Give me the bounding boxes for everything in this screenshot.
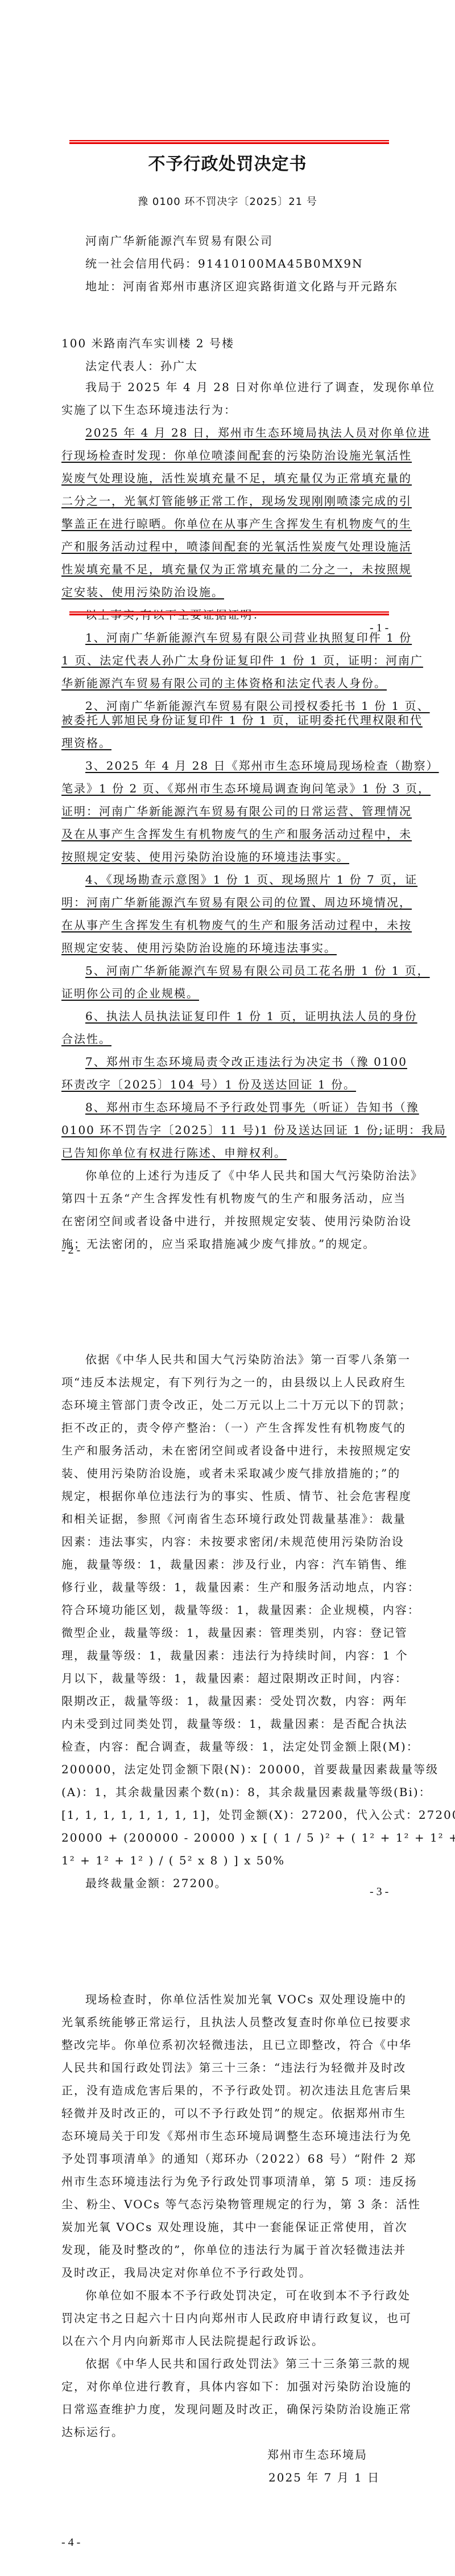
- body-line: 5、河南广华新能源汽车贸易有限公司员工花名册 1 份 1 页，: [85, 959, 430, 982]
- body-line: 整改完毕。你单位系初次轻微违法，且已立即整改，符合《中华: [61, 2033, 412, 2056]
- body-line: 定安装、使用污染防治设施。: [61, 581, 224, 603]
- body-line: 在密闭空间或者设备中进行，并按照规定安装、使用污染防治设: [61, 1210, 412, 1232]
- body-line: 擎盖正在进行晾晒。你单位在从事产生含挥发生有机物废气的生: [61, 512, 412, 535]
- header-red-rule: [69, 140, 389, 144]
- underlined-text: 炭废气处理设施，活性炭填充量不足，填充量仅为正常填充量的: [61, 471, 412, 485]
- text: 整改完毕。你单位系初次轻微违法，且已立即整改，符合《中华: [61, 2038, 412, 2052]
- underlined-text: 定安装、使用污染防治设施。: [61, 585, 224, 599]
- body-line: 你单位的上述行为违反了《中华人民共和国大气污染防治法》: [85, 1164, 423, 1187]
- text: 月以下，裁量等级：1，裁量因素：超过限期改正时间，内容：: [61, 1671, 408, 1685]
- underlined-text: 被委托人郭旭民身份证复印件 1 份 1 页，证明委托代理权限和代: [61, 713, 423, 727]
- underlined-text: 5、河南广华新能源汽车贸易有限公司员工花名册 1 份 1 页，: [85, 964, 430, 977]
- body-line: 你单位如不服本不予行政处罚决定，可在收到本不予行政处: [85, 2284, 411, 2307]
- text: 第四十五条“产生含挥发性有机物废气的生产和服务活动，应当: [61, 1192, 406, 1205]
- text: 定，对你单位进行教育，具体内容如下：加强对污染防治设施的: [61, 2380, 412, 2393]
- body-line: 第四十五条“产生含挥发性有机物废气的生产和服务活动，应当: [61, 1187, 406, 1210]
- body-line: 照规定安装、使用污染防治设施的环境违法事实。: [61, 936, 337, 959]
- body-line: 达标运行。: [61, 2421, 124, 2443]
- underlined-text: 已告知你单位有权进行陈述、申辩权利。: [61, 1146, 287, 1160]
- underlined-text: 1、河南广华新能源汽车贸易有限公司营业执照复印件 1 份: [85, 631, 412, 644]
- text: 尘、粉尘、VOCs 等气态污染物管理规定的行为，第 3 条：活性: [61, 2197, 421, 2211]
- text: 检查，内容：配合调查，裁量等级：1，法定处罚金额上限(M)：: [61, 1740, 419, 1753]
- body-line: 华新能源汽车贸易有限公司的主体资格和法定代表人身份。: [61, 672, 387, 695]
- text: 态环境局关于印发《郑州市生态环境局调整生态环境违法行为免: [61, 2129, 412, 2143]
- text: 我局于 2025 年 4 月 28 日对你单位进行了调查，发现你单位: [85, 380, 435, 394]
- body-line: 予处罚事项清单》的通知（郑环办（2022）68 号）“附件 2 郑: [61, 2147, 416, 2170]
- underlined-text: 按照规定安装、使用污染防治设施的环境违法事实。: [61, 850, 349, 864]
- underlined-text: 证明你公司的企业规模。: [61, 987, 199, 1000]
- text: 项“违反本法规定，有下列行为之一的，由县级以上人民政府生: [61, 1375, 406, 1389]
- body-line: 依据《中华人民共和国行政处罚法》第三十三条第三款的规: [85, 2352, 411, 2375]
- underlined-text: 证明：河南广华新能源汽车贸易有限公司的日常运营、管理情况: [61, 804, 412, 818]
- text: 在密闭空间或者设备中进行，并按照规定安装、使用污染防治设: [61, 1214, 412, 1228]
- text: 理，裁量等级：1，裁量因素：违法行为持续时间，内容：1 个: [61, 1649, 408, 1662]
- body-line: 及在从事产生含挥发生有机物废气的生产和服务活动过程中，未: [61, 823, 412, 845]
- text: 你单位如不服本不予行政处罚决定，可在收到本不予行政处: [85, 2289, 411, 2302]
- body-line: 合法性。: [61, 1028, 111, 1050]
- text: 罚决定书之日起六十日内向郑州市人民政府申请行政复议，也可: [61, 2311, 412, 2325]
- body-line: 以在六个月内向新郑市人民法院提起行政诉讼。: [61, 2330, 324, 2352]
- body-line: 态环境主管部门责令改正，处二万元以上二十万元以下的罚款；: [61, 1394, 412, 1416]
- body-line: 笔录》1 份 2 页、《郑州市生态环境局调查询问笔录》1 份 3 页，: [61, 777, 431, 800]
- body-line: 州市生态环境违法行为免予行政处罚事项清单，第 5 项：违反扬: [61, 2170, 417, 2193]
- body-line: 规定，根据你单位违法行为的事实、性质、情节、社会危害程度: [61, 1485, 412, 1507]
- underlined-text: 7、郑州市生态环境局责令改正违法行为决定书（豫 0100: [85, 1055, 407, 1069]
- text: 人民共和国行政处罚法》第三十三条：“违法行为轻微并及时改: [61, 2061, 406, 2074]
- body-line: 日常巡查维护力度，发现问题及时改正，确保污染防治设施正常: [61, 2398, 412, 2421]
- text: 达标运行。: [61, 2425, 124, 2439]
- text: 发现，能及时整改的”，你单位的违法行为属于首次轻微违法并: [61, 2243, 406, 2257]
- address-line-2: 100 米路南汽车实训楼 2 号楼: [61, 332, 234, 355]
- text: 现场检查时，你单位活性炭加光氧 VOCs 双处理设施中的: [85, 1992, 407, 2006]
- underlined-text: 理资格。: [61, 736, 111, 750]
- credit-code: 统一社会信用代码：91410100MA45B0MX9N: [85, 252, 363, 275]
- body-line: 因素：违法事实，内容：未按要求密闭/未规范使用污染防治设: [61, 1530, 404, 1553]
- body-line: 人民共和国行政处罚法》第三十三条：“违法行为轻微并及时改: [61, 2056, 406, 2079]
- signing-authority: 郑州市生态环境局: [267, 2446, 367, 2462]
- page-number-2: - 2 -: [61, 1244, 80, 1257]
- body-line: 修行业，裁量等级：1，裁量因素：生产和服务活动地点，内容：: [61, 1576, 420, 1599]
- underlined-text: 0100 环不罚告字〔2025〕11 号)1 份及送达回证 1 份;证明：我局: [61, 1123, 446, 1137]
- text: 因素：违法事实，内容：未按要求密闭/未规范使用污染防治设: [61, 1535, 404, 1548]
- body-line: 内未受到过同类处罚，裁量等级：1，裁量因素：是否配合执法: [61, 1712, 408, 1735]
- body-line: 符合环境功能区划，裁量等级：1，裁量因素：企业规模，内容：: [61, 1599, 420, 1621]
- underlined-text: 合法性。: [61, 1032, 111, 1046]
- underlined-text: 产和服务活动过程中，喷漆间配套的光氧活性炭废气处理设施活: [61, 540, 412, 553]
- address-line-1: 地址：河南省郑州市惠济区迎宾路街道文化路与开元路东: [85, 275, 398, 298]
- text: 予处罚事项清单》的通知（郑环办（2022）68 号）“附件 2 郑: [61, 2152, 416, 2166]
- body-line: 态环境局关于印发《郑州市生态环境局调整生态环境违法行为免: [61, 2125, 412, 2147]
- text: 依据《中华人民共和国大气污染防治法》第一百零八条第一: [85, 1353, 411, 1366]
- body-line: 8、郑州市生态环境局不予行政处罚事先（听证）告知书（豫: [85, 1096, 419, 1119]
- body-line: 证明你公司的企业规模。: [61, 982, 199, 1005]
- body-line: 最终裁量金额：27200。: [85, 1872, 227, 1895]
- text: 1² + 1² + 1² ) / ( 5² x 8 ) ] x 50%: [61, 1854, 285, 1867]
- page-number-4: - 4 -: [61, 2536, 80, 2549]
- text: 以在六个月内向新郑市人民法院提起行政诉讼。: [61, 2334, 324, 2348]
- underlined-text: 行现场检查时发现：你单位喷漆间配套的污染防治设施光氧活性: [61, 449, 412, 462]
- text: 及时改正，我局决定对你单位不予行政处罚。: [61, 2266, 312, 2279]
- underlined-text: 华新能源汽车贸易有限公司的主体资格和法定代表人身份。: [61, 676, 387, 690]
- body-line: 装、使用污染防治设施，或者未采取减少废气排放措施的；”的: [61, 1462, 400, 1485]
- text: 200000，法定处罚金额下限(N)：20000，首要裁量因素裁量等级: [61, 1762, 439, 1776]
- legal-representative: 法定代表人：孙广太: [85, 355, 198, 377]
- text: 最终裁量金额：27200。: [85, 1876, 227, 1890]
- body-line: 罚决定书之日起六十日内向郑州市人民政府申请行政复议，也可: [61, 2307, 412, 2330]
- text: 生产和服务活动，未在密闭空间或者设备中进行，未按照规定安: [61, 1444, 412, 1457]
- body-line: 证明：河南广华新能源汽车贸易有限公司的日常运营、管理情况: [61, 800, 412, 823]
- body-line: 微型企业，裁量等级：1，裁量因素：管理类别，内容：登记管: [61, 1621, 408, 1644]
- page-number-3: - 3 -: [370, 1885, 388, 1899]
- text: 拒不改正的，责令停产整治：（一）产生含挥发性有机物废气的: [61, 1421, 406, 1435]
- underlined-text: 擎盖正在进行晾晒。你单位在从事产生含挥发生有机物废气的生: [61, 517, 412, 531]
- body-line: 施，裁量等级：1，裁量因素：涉及行业，内容：汽车销售、维: [61, 1553, 408, 1576]
- body-line: 被委托人郭旭民身份证复印件 1 份 1 页，证明委托代理权限和代: [61, 709, 423, 732]
- text: 炭加光氧 VOCs 双处理设施，其中一套能保证正常使用，首次: [61, 2220, 408, 2234]
- underlined-text: 环责改字〔2025〕104 号）1 份及送达回证 1 份。: [61, 1078, 356, 1091]
- body-line: 7、郑州市生态环境局责令改正违法行为决定书（豫 0100: [85, 1050, 407, 1073]
- text: [1, 1, 1, 1, 1, 1, 1, 1]，处罚金额(X)：27200，代…: [61, 1808, 455, 1822]
- body-line: 正，没有造成危害后果的，不予行政处罚。初次违法且危害后果: [61, 2079, 412, 2102]
- body-line: 光氧系统能够正常运行，且执法人员整改复查时你单位已按要求: [61, 2011, 412, 2033]
- body-line: 按照规定安装、使用污染防治设施的环境违法事实。: [61, 845, 349, 868]
- body-line: 项“违反本法规定，有下列行为之一的，由县级以上人民政府生: [61, 1371, 406, 1394]
- text: 正，没有造成危害后果的，不予行政处罚。初次违法且危害后果: [61, 2084, 412, 2097]
- body-line: 性炭填充量不足，填充量仅为正常填充量的二分之一，未按照规: [61, 558, 412, 581]
- body-line: 2025 年 4 月 28 日，郑州市生态环境局执法人员对你单位进: [85, 421, 431, 444]
- underlined-text: 二分之一，光氧灯管能够正常工作，现场发现刚刚喷漆完成的引: [61, 494, 412, 508]
- body-line: [1, 1, 1, 1, 1, 1, 1, 1]，处罚金额(X)：27200，代…: [61, 1803, 455, 1826]
- footer-red-rule: [69, 611, 389, 615]
- body-line: 已告知你单位有权进行陈述、申辩权利。: [61, 1141, 287, 1164]
- underlined-text: 性炭填充量不足，填充量仅为正常填充量的二分之一，未按照规: [61, 562, 412, 576]
- body-line: 炭加光氧 VOCs 双处理设施，其中一套能保证正常使用，首次: [61, 2216, 408, 2238]
- body-line: 现场检查时，你单位活性炭加光氧 VOCs 双处理设施中的: [85, 1988, 407, 2011]
- text: 施，裁量等级：1，裁量因素：涉及行业，内容：汽车销售、维: [61, 1558, 408, 1571]
- text: 微型企业，裁量等级：1，裁量因素：管理类别，内容：登记管: [61, 1626, 408, 1640]
- text: 20000 + (200000 - 20000 ) x [ ( 1 / 5 )²…: [61, 1831, 455, 1844]
- body-line: 行现场检查时发现：你单位喷漆间配套的污染防治设施光氧活性: [61, 444, 412, 467]
- body-line: 实施了以下生态环境违法行为：: [61, 398, 237, 421]
- text: (A)：1，其余裁量因素个数(n)：8，其余裁量因素裁量等级(Bi)：: [61, 1785, 432, 1799]
- body-line: 检查，内容：配合调查，裁量等级：1，法定处罚金额上限(M)：: [61, 1735, 419, 1758]
- underlined-text: 2025 年 4 月 28 日，郑州市生态环境局执法人员对你单位进: [85, 426, 431, 439]
- body-line: 我局于 2025 年 4 月 28 日对你单位进行了调查，发现你单位: [85, 376, 435, 398]
- body-line: 二分之一，光氧灯管能够正常工作，现场发现刚刚喷漆完成的引: [61, 490, 412, 512]
- body-line: 3、2025 年 4 月 28 日《郑州市生态环境局现场检查（勘察）: [85, 754, 439, 777]
- text: 日常巡查维护力度，发现问题及时改正，确保污染防治设施正常: [61, 2402, 412, 2416]
- party-name: 河南广华新能源汽车贸易有限公司: [85, 229, 273, 252]
- text: 限期改正，裁量等级：1，裁量因素：受处罚次数，内容：两年: [61, 1694, 408, 1708]
- body-line: 限期改正，裁量等级：1，裁量因素：受处罚次数，内容：两年: [61, 1690, 408, 1712]
- text: 态环境主管部门责令改正，处二万元以上二十万元以下的罚款；: [61, 1398, 412, 1412]
- underlined-text: 6、执法人员执法证复印件 1 份 1 页，证明执法人员的身份: [85, 1009, 417, 1023]
- document-number: 豫 0100 环不罚决字〔2025〕21 号: [0, 194, 455, 208]
- body-line: 及时改正，我局决定对你单位不予行政处罚。: [61, 2261, 312, 2284]
- text: 州市生态环境违法行为免予行政处罚事项清单，第 5 项：违反扬: [61, 2175, 417, 2188]
- body-line: 拒不改正的，责令停产整治：（一）产生含挥发性有机物废气的: [61, 1416, 406, 1439]
- underlined-text: 1 页、法定代表人孙广太身份证复印件 1 份 1 页，证明：河南广: [61, 654, 423, 667]
- body-line: 明：河南广华新能源汽车贸易有限公司的位置、周边环境情况，: [61, 891, 412, 914]
- document-title: 不予行政处罚决定书: [0, 150, 455, 175]
- text: 规定，根据你单位违法行为的事实、性质、情节、社会危害程度: [61, 1489, 412, 1503]
- underlined-text: 照规定安装、使用污染防治设施的环境违法事实。: [61, 941, 337, 955]
- body-line: 发现，能及时整改的”，你单位的违法行为属于首次轻微违法并: [61, 2238, 406, 2261]
- body-line: 施；无法密闭的，应当采取措施减少废气排放。”的规定。: [61, 1232, 375, 1255]
- body-line: 依据《中华人民共和国大气污染防治法》第一百零八条第一: [85, 1348, 411, 1371]
- body-line: 产和服务活动过程中，喷漆间配套的光氧活性炭废气处理设施活: [61, 535, 412, 558]
- underlined-text: 3、2025 年 4 月 28 日《郑州市生态环境局现场检查（勘察）: [85, 759, 439, 773]
- body-line: 轻微并及时改正的，可以不予行政处罚”的规定。依据郑州市生: [61, 2102, 406, 2125]
- text: 轻微并及时改正的，可以不予行政处罚”的规定。依据郑州市生: [61, 2106, 406, 2120]
- underlined-text: 8、郑州市生态环境局不予行政处罚事先（听证）告知书（豫: [85, 1100, 419, 1114]
- body-line: 1、河南广华新能源汽车贸易有限公司营业执照复印件 1 份: [85, 626, 412, 649]
- body-line: 定，对你单位进行教育，具体内容如下：加强对污染防治设施的: [61, 2375, 412, 2398]
- text: 实施了以下生态环境违法行为：: [61, 403, 237, 417]
- body-line: 理资格。: [61, 732, 111, 754]
- text: 内未受到过同类处罚，裁量等级：1，裁量因素：是否配合执法: [61, 1717, 408, 1731]
- underlined-text: 4、《现场勘查示意图》1 份 1 页、现场照片 1 份 7 页，证: [85, 873, 417, 886]
- body-line: 0100 环不罚告字〔2025〕11 号)1 份及送达回证 1 份;证明：我局: [61, 1119, 446, 1141]
- body-line: 和相关证据，参照《河南省生态环境行政处罚裁量基准》：裁量: [61, 1507, 406, 1530]
- text: 和相关证据，参照《河南省生态环境行政处罚裁量基准》：裁量: [61, 1512, 406, 1526]
- body-line: 1² + 1² + 1² ) / ( 5² x 8 ) ] x 50%: [61, 1849, 285, 1872]
- underlined-text: 在从事产生含挥发生有机物废气的生产和服务活动过程中，未按: [61, 918, 412, 932]
- text: 修行业，裁量等级：1，裁量因素：生产和服务活动地点，内容：: [61, 1580, 420, 1594]
- page-number-1: - 1 -: [370, 622, 388, 635]
- underlined-text: 明：河南广华新能源汽车贸易有限公司的位置、周边环境情况，: [61, 895, 412, 909]
- body-line: 1 页、法定代表人孙广太身份证复印件 1 份 1 页，证明：河南广: [61, 649, 423, 672]
- text: 装、使用污染防治设施，或者未采取减少废气排放措施的；”的: [61, 1466, 400, 1480]
- body-line: 月以下，裁量等级：1，裁量因素：超过限期改正时间，内容：: [61, 1667, 408, 1690]
- body-line: 理，裁量等级：1，裁量因素：违法行为持续时间，内容：1 个: [61, 1644, 408, 1667]
- body-line: 在从事产生含挥发生有机物废气的生产和服务活动过程中，未按: [61, 914, 412, 936]
- body-line: 20000 + (200000 - 20000 ) x [ ( 1 / 5 )²…: [61, 1826, 455, 1849]
- body-line: (A)：1，其余裁量因素个数(n)：8，其余裁量因素裁量等级(Bi)：: [61, 1781, 432, 1803]
- text: 符合环境功能区划，裁量等级：1，裁量因素：企业规模，内容：: [61, 1603, 420, 1617]
- body-line: 4、《现场勘查示意图》1 份 1 页、现场照片 1 份 7 页，证: [85, 868, 417, 891]
- text: 依据《中华人民共和国行政处罚法》第三十三条第三款的规: [85, 2357, 411, 2370]
- text: 你单位的上述行为违反了《中华人民共和国大气污染防治法》: [85, 1169, 423, 1182]
- body-line: 生产和服务活动，未在密闭空间或者设备中进行，未按照规定安: [61, 1439, 412, 1462]
- underlined-text: 及在从事产生含挥发生有机物废气的生产和服务活动过程中，未: [61, 827, 412, 841]
- text: 光氧系统能够正常运行，且执法人员整改复查时你单位已按要求: [61, 2015, 412, 2029]
- body-line: 6、执法人员执法证复印件 1 份 1 页，证明执法人员的身份: [85, 1005, 417, 1028]
- signing-date: 2025 年 7 月 1 日: [268, 2468, 380, 2485]
- body-line: 环责改字〔2025〕104 号）1 份及送达回证 1 份。: [61, 1073, 356, 1096]
- body-line: 尘、粉尘、VOCs 等气态污染物管理规定的行为，第 3 条：活性: [61, 2193, 421, 2216]
- text: 施；无法密闭的，应当采取措施减少废气排放。”的规定。: [61, 1237, 375, 1251]
- underlined-text: 笔录》1 份 2 页、《郑州市生态环境局调查询问笔录》1 份 3 页，: [61, 782, 431, 795]
- body-line: 炭废气处理设施，活性炭填充量不足，填充量仅为正常填充量的: [61, 467, 412, 490]
- body-line: 200000，法定处罚金额下限(N)：20000，首要裁量因素裁量等级: [61, 1758, 439, 1781]
